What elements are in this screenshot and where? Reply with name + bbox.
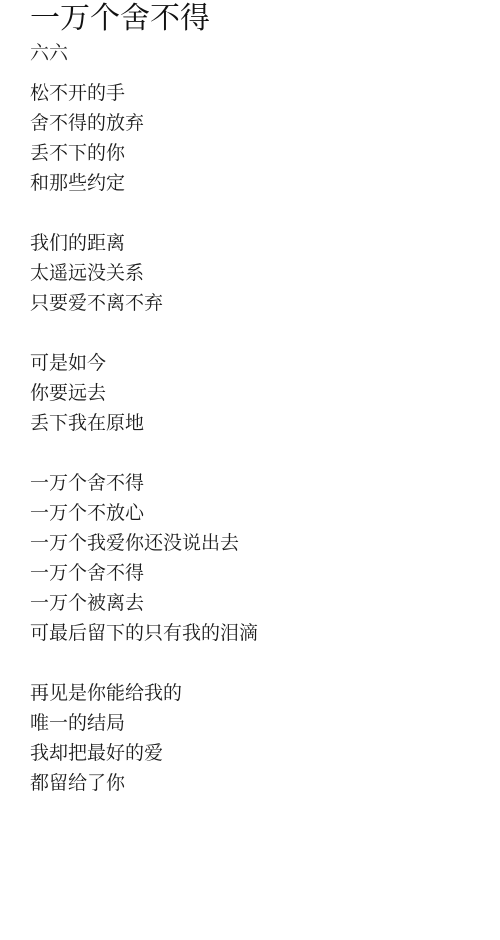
lyric-line: 一万个舍不得 (30, 468, 258, 498)
lyric-line: 我们的距离 (30, 228, 258, 258)
song-title: 一万个舍不得 (30, 0, 210, 38)
lyric-line: 舍不得的放弃 (30, 108, 258, 138)
lyric-line: 一万个舍不得 (30, 558, 258, 588)
lyric-line: 一万个我爱你还没说出去 (30, 528, 258, 558)
lyric-line: 我却把最好的爱 (30, 738, 258, 768)
lyric-line: 一万个不放心 (30, 498, 258, 528)
lyric-line: 可最后留下的只有我的泪滴 (30, 618, 258, 648)
stanza: 一万个舍不得 一万个不放心 一万个我爱你还没说出去 一万个舍不得 一万个被离去 … (30, 468, 258, 648)
lyric-line: 再见是你能给我的 (30, 678, 258, 708)
lyric-line: 和那些约定 (30, 168, 258, 198)
stanza: 再见是你能给我的 唯一的结局 我却把最好的爱 都留给了你 (30, 678, 258, 798)
stanza: 我们的距离 太遥远没关系 只要爱不离不弃 (30, 228, 258, 318)
lyric-line: 可是如今 (30, 348, 258, 378)
stanza-break (30, 198, 258, 228)
stanza-break (30, 438, 258, 468)
lyric-line: 丢下我在原地 (30, 408, 258, 438)
lyric-line: 松不开的手 (30, 78, 258, 108)
stanza: 可是如今 你要远去 丢下我在原地 (30, 348, 258, 438)
lyric-line: 丢不下的你 (30, 138, 258, 168)
lyric-line: 只要爱不离不弃 (30, 288, 258, 318)
lyric-line: 都留给了你 (30, 768, 258, 798)
lyric-line: 一万个被离去 (30, 588, 258, 618)
stanza-break (30, 648, 258, 678)
stanza-break (30, 318, 258, 348)
lyric-line: 唯一的结局 (30, 708, 258, 738)
stanza: 松不开的手 舍不得的放弃 丢不下的你 和那些约定 (30, 78, 258, 198)
artist-name: 六六 (30, 40, 68, 66)
lyric-line: 你要远去 (30, 378, 258, 408)
lyric-line: 太遥远没关系 (30, 258, 258, 288)
lyrics-body: 松不开的手 舍不得的放弃 丢不下的你 和那些约定 我们的距离 太遥远没关系 只要… (30, 78, 258, 798)
